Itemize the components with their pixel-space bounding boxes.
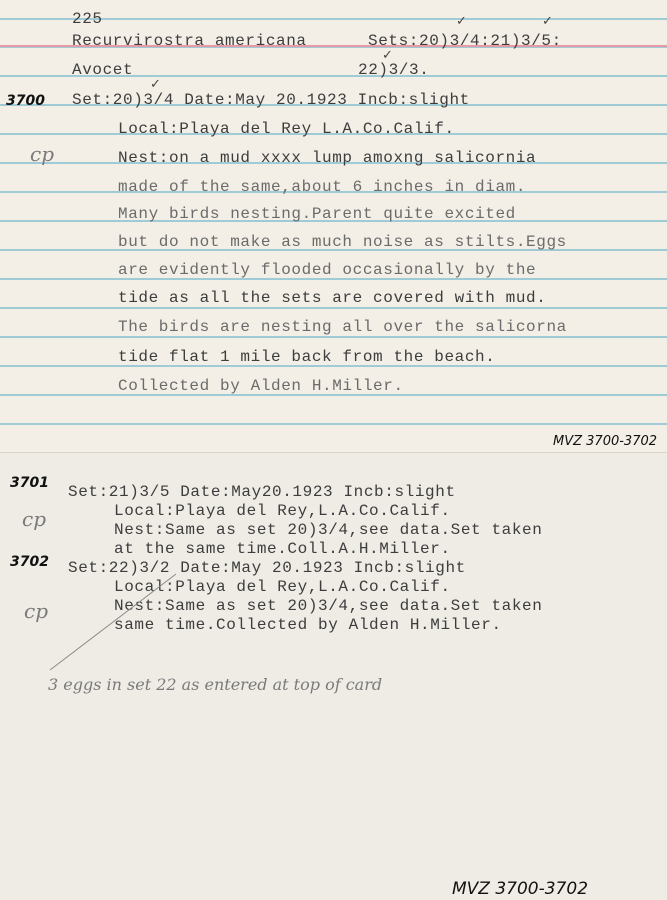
pencil-strike-line	[0, 0, 667, 900]
